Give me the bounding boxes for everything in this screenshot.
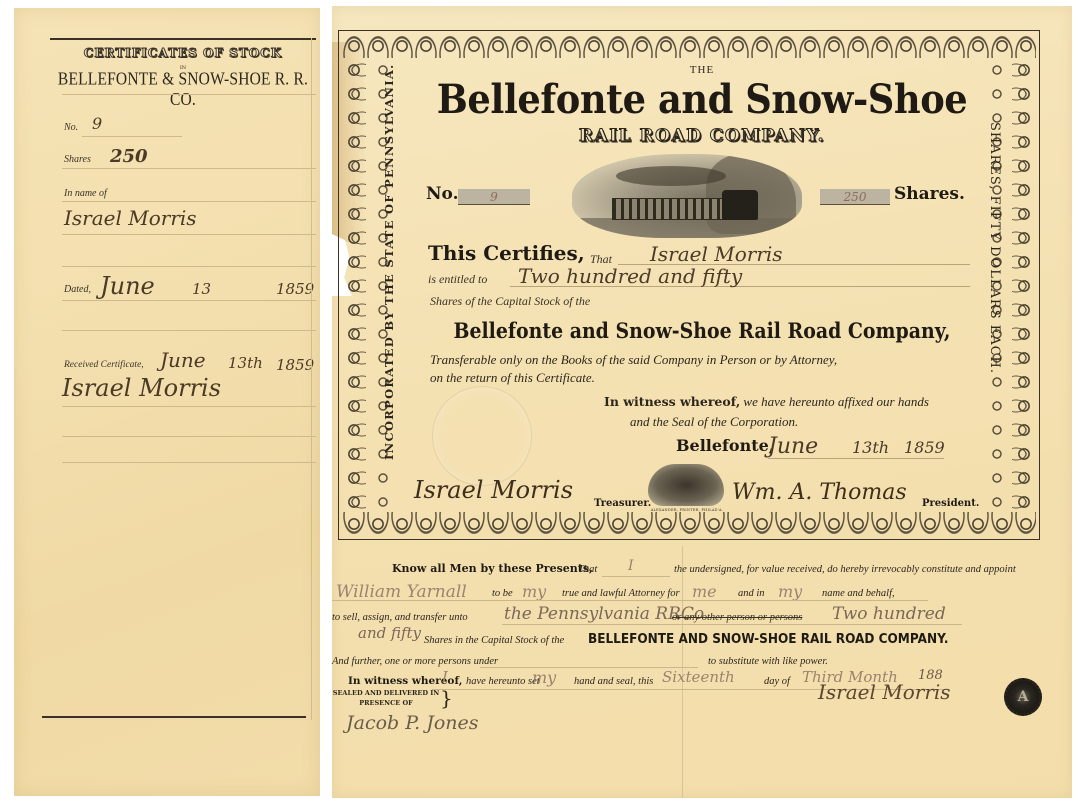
place-label: Bellefonte, bbox=[676, 436, 774, 455]
stub-rule bbox=[82, 136, 182, 137]
vault-vignette-icon bbox=[648, 464, 724, 506]
sealed-line-1: SEALED AND DELIVERED IN bbox=[332, 688, 440, 698]
stub-divider bbox=[62, 94, 316, 95]
certificate-number-label: No. bbox=[426, 184, 459, 204]
side-text-incorporated: INCORPORATED BY THE STATE OF PENNSYLVANI… bbox=[382, 64, 396, 460]
assign-that: That bbox=[578, 564, 597, 575]
stub-no-value: 9 bbox=[92, 114, 102, 133]
shares-of-capital-label: Shares of the Capital Stock of the bbox=[430, 294, 590, 309]
witness-rest: we have hereunto affixed our hands bbox=[743, 394, 928, 409]
stub-rule bbox=[62, 330, 316, 331]
stub-shares-label: Shares bbox=[64, 154, 91, 165]
shares-count-box: 250 bbox=[820, 189, 890, 205]
stub-no-label: No. bbox=[64, 122, 78, 133]
president-label: President. bbox=[922, 498, 979, 509]
company-name-line: Bellefonte and Snow-Shoe Rail Road Compa… bbox=[369, 318, 1035, 343]
on-return-text: on the return of this Certificate. bbox=[430, 370, 595, 386]
stub-rule bbox=[62, 234, 316, 235]
certificate-number-box: 9 bbox=[458, 189, 530, 205]
stub-rule bbox=[62, 300, 316, 301]
substitute-text: to substitute with like power. bbox=[708, 656, 828, 667]
stub-dated-label: Dated, bbox=[64, 284, 91, 295]
stub-shares-value: 250 bbox=[110, 146, 148, 167]
attorney-name: William Yarnall bbox=[336, 582, 467, 602]
brace-glyph: } bbox=[440, 686, 453, 710]
stub-received-day: 13th bbox=[228, 354, 263, 372]
struck-text: or any other person or persons bbox=[672, 612, 802, 623]
president-signature: Wm. A. Thomas bbox=[732, 480, 907, 505]
company-name-caps: BELLEFONTE AND SNOW-SHOE RAIL ROAD COMPA… bbox=[588, 632, 948, 647]
revenue-stamp-icon: A bbox=[1004, 678, 1042, 716]
stock-certificate: INCORPORATED BY THE STATE OF PENNSYLVANI… bbox=[332, 6, 1072, 798]
witness-i-value: I bbox=[442, 668, 448, 686]
to-be-text: to be bbox=[492, 588, 513, 599]
name-behalf-text: name and behalf, bbox=[822, 588, 895, 599]
to-sell-text: to sell, assign, and transfer unto bbox=[332, 612, 468, 623]
treasurer-signature: Israel Morris bbox=[414, 476, 573, 504]
scroll-border-bottom bbox=[342, 512, 1036, 536]
stub-right-rule bbox=[311, 38, 312, 720]
seal-line: and the Seal of the Corporation. bbox=[630, 414, 798, 430]
assign-rule bbox=[502, 624, 962, 625]
stub-top-rule bbox=[50, 38, 316, 40]
stock-stub: CERTIFICATES OF STOCK IN BELLEFONTE & SN… bbox=[14, 8, 320, 796]
shares-words-b: and fifty bbox=[358, 624, 421, 642]
stub-rule bbox=[62, 462, 316, 463]
smoke-shape bbox=[616, 166, 726, 186]
printer-imprint: ALEXANDER, PRINTER, PHILAD'A. bbox=[632, 508, 742, 512]
witness-line: In witness whereof, we have hereunto aff… bbox=[604, 394, 929, 410]
stub-rule bbox=[62, 436, 316, 437]
locomotive-shape bbox=[722, 190, 758, 220]
date-month: June bbox=[768, 434, 818, 459]
stub-dated-year: 1859 bbox=[276, 280, 314, 298]
certificate-title: Bellefonte and Snow-Shoe bbox=[362, 76, 1043, 123]
stub-received-signature: Israel Morris bbox=[62, 374, 221, 402]
stub-rule bbox=[62, 266, 316, 267]
train-vignette-icon bbox=[572, 154, 802, 238]
stub-heading: CERTIFICATES OF STOCK bbox=[50, 46, 316, 60]
stub-received-month: June bbox=[160, 348, 206, 372]
further-text: And further, one or more persons under bbox=[332, 656, 498, 667]
stub-rule bbox=[62, 168, 316, 169]
stub-company: BELLEFONTE & SNOW-SHOE R. R. CO. bbox=[50, 69, 316, 110]
shares-count-value: 250 bbox=[820, 189, 890, 205]
stamp-letter: A bbox=[1006, 689, 1040, 705]
know-all-men: Know all Men by these Presents, bbox=[392, 562, 593, 575]
stub-name-value: Israel Morris bbox=[64, 206, 197, 230]
shares-in-words: Two hundred and fifty bbox=[518, 264, 742, 288]
hand-seal-text: hand and seal, this bbox=[574, 676, 653, 687]
stub-received-year: 1859 bbox=[276, 356, 314, 374]
stub-rule bbox=[62, 406, 316, 407]
shares-words-a: Two hundred bbox=[832, 604, 946, 624]
stub-dated-month: June bbox=[100, 272, 155, 300]
scroll-border-top bbox=[342, 34, 1036, 58]
transferable-text: Transferable only on the Books of the sa… bbox=[430, 352, 837, 368]
holder-name: Israel Morris bbox=[650, 242, 783, 266]
stub-received-label: Received Certificate, bbox=[64, 360, 144, 370]
date-year: 1859 bbox=[904, 438, 945, 457]
day-of-text: day of bbox=[764, 676, 790, 687]
embossed-seal bbox=[432, 386, 532, 486]
witness-signature: Jacob P. Jones bbox=[346, 712, 479, 734]
true-lawful-text: true and lawful Attorney for bbox=[562, 588, 680, 599]
day-value: Sixteenth bbox=[662, 668, 735, 686]
this-certifies-heading: This Certifies, bbox=[428, 241, 585, 265]
date-day: 13th bbox=[852, 438, 889, 457]
certificate-number-value: 9 bbox=[458, 189, 530, 205]
stub-name-label: In name of bbox=[64, 188, 107, 199]
assignor-line bbox=[602, 576, 670, 577]
certificate-subtitle: RAIL ROAD COMPANY. bbox=[332, 126, 1072, 146]
stub-rule bbox=[62, 201, 316, 202]
ground-shape bbox=[572, 218, 802, 238]
assignor-signature: Israel Morris bbox=[818, 680, 951, 704]
sealed-line-2: PRESENCE OF bbox=[332, 698, 440, 708]
witness-bold: In witness whereof, bbox=[604, 394, 740, 409]
me-value: me bbox=[692, 582, 717, 601]
entitled-to-label: is entitled to bbox=[428, 272, 487, 287]
and-in-text: and in bbox=[738, 588, 765, 599]
title-the: THE bbox=[332, 64, 1072, 76]
shares-in-text: Shares in the Capital Stock of the bbox=[424, 635, 564, 646]
my-value-3: my bbox=[532, 668, 556, 687]
hereunto-text: have hereunto set bbox=[466, 676, 540, 687]
my-value-2: my bbox=[778, 582, 802, 601]
sealed-delivered: SEALED AND DELIVERED IN PRESENCE OF bbox=[332, 688, 440, 708]
stub-dated-day: 13 bbox=[192, 280, 211, 298]
undersigned-text: the undersigned, for value received, do … bbox=[674, 564, 1016, 575]
assignor-value: I bbox=[628, 558, 634, 574]
assign-rule bbox=[488, 600, 928, 601]
stub-bottom-rule bbox=[42, 716, 306, 718]
shares-label: Shares. bbox=[894, 184, 965, 204]
my-value-1: my bbox=[522, 582, 546, 601]
